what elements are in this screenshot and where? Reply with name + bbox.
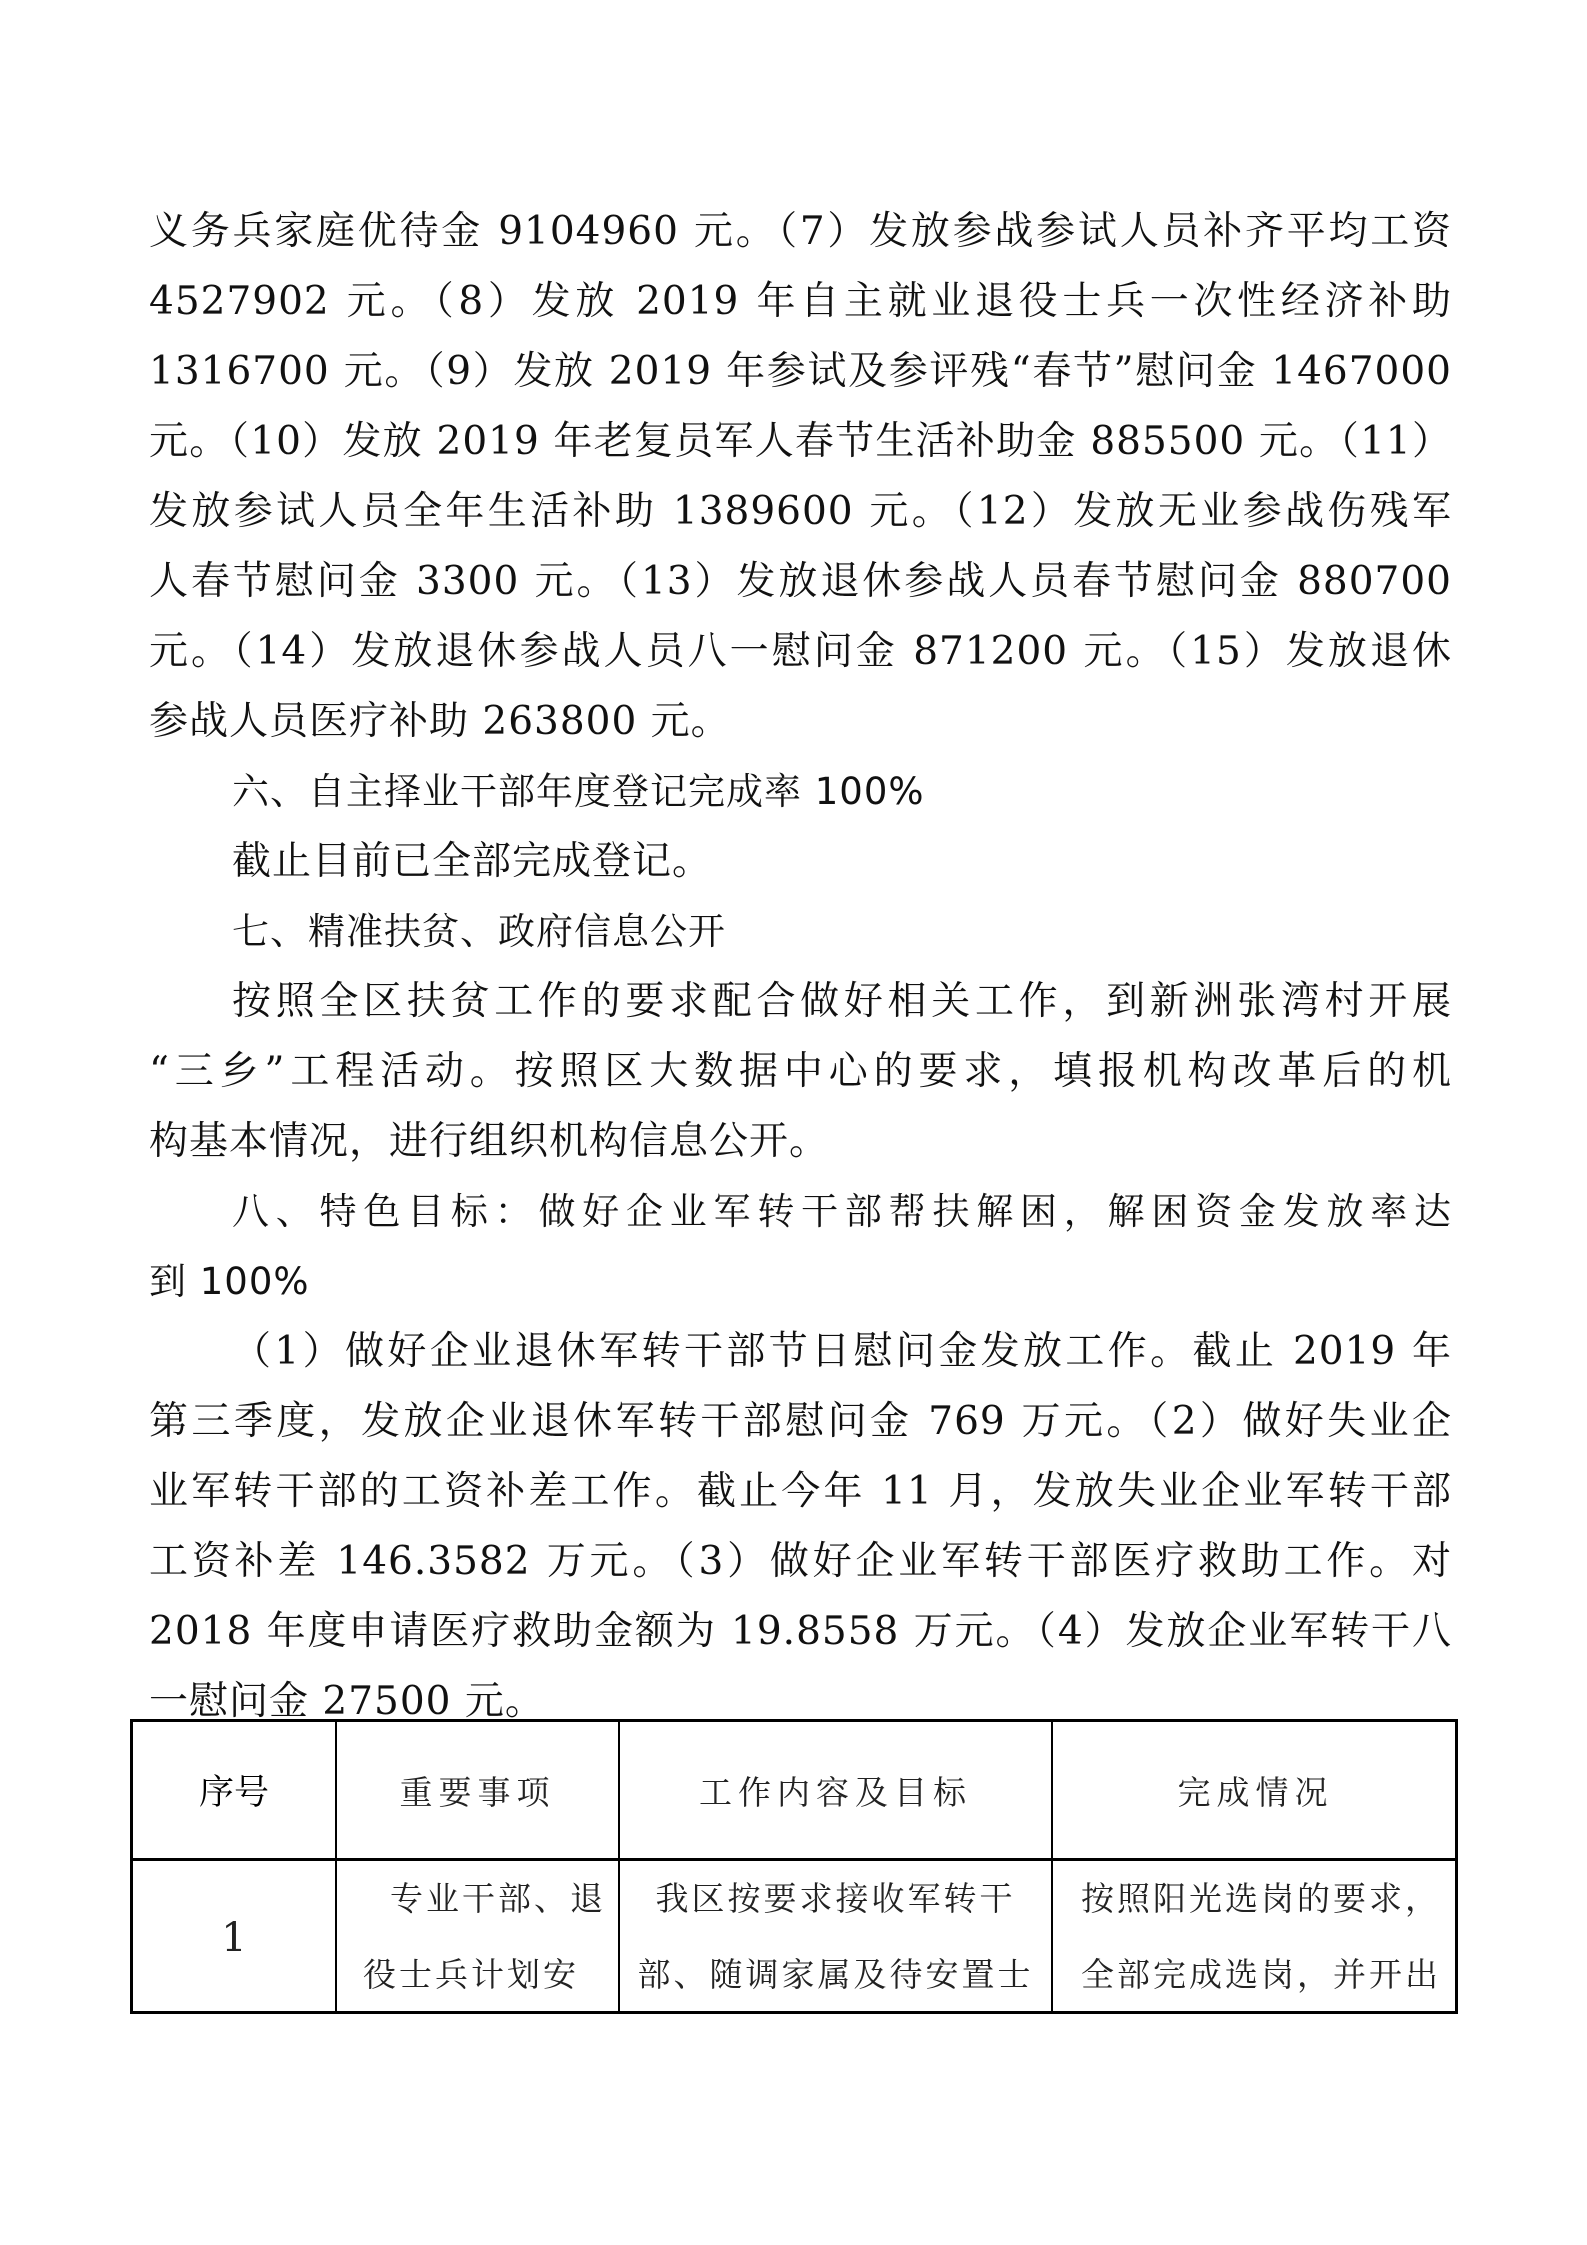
- paragraph-line: 按照全区扶贫工作的要求配合做好相关工作，到新洲张湾村开展: [232, 967, 1452, 1037]
- row-content-line: 我区按要求接收军转干: [620, 1879, 1051, 1955]
- paragraph-line: 发放参试人员全年生活补助 1389600 元。（12）发放无业参战伤残军: [149, 477, 1452, 547]
- document-page: 义务兵家庭优待金 9104960 元。（7）发放参战参试人员补齐平均工资 452…: [0, 0, 1587, 2245]
- header-status: 完成情况: [1053, 1722, 1458, 1858]
- paragraph-line: 2018 年度申请医疗救助金额为 19.8558 万元。（4）发放企业军转干八: [149, 1597, 1452, 1667]
- section-heading-6: 六、自主择业干部年度登记完成率 100%: [232, 757, 1452, 827]
- section-heading-7: 七、精准扶贫、政府信息公开: [232, 897, 1452, 967]
- row-item-line: 役士兵计划安: [337, 1955, 618, 2031]
- paragraph-line: 4527902 元。（8）发放 2019 年自主就业退役士兵一次性经济补助: [149, 267, 1452, 337]
- paragraph-line: （1）做好企业退休军转干部节日慰问金发放工作。截止 2019 年: [232, 1317, 1452, 1387]
- paragraph-line: 人春节慰问金 3300 元。（13）发放退休参战人员春节慰问金 880700: [149, 547, 1452, 617]
- paragraph-line: 参战人员医疗补助 263800 元。: [149, 687, 1452, 757]
- header-item: 重要事项: [337, 1722, 620, 1858]
- paragraph-line: 业军转干部的工资补差工作。截止今年 11 月，发放失业企业军转干部: [149, 1457, 1452, 1527]
- row-status: 按照阳光选岗的要求， 全部完成选岗，并开出: [1053, 1861, 1458, 2014]
- paragraph-line: “三乡”工程活动。按照区大数据中心的要求，填报机构改革后的机: [149, 1037, 1452, 1107]
- header-index: 序号: [133, 1722, 337, 1858]
- paragraph-line: 义务兵家庭优待金 9104960 元。（7）发放参战参试人员补齐平均工资: [149, 197, 1452, 267]
- row-status-line: 按照阳光选岗的要求，: [1053, 1879, 1458, 1955]
- paragraph-line: 工资补差 146.3582 万元。（3）做好企业军转干部医疗救助工作。对: [149, 1527, 1452, 1597]
- paragraph-line: 第三季度，发放企业退休军转干部慰问金 769 万元。（2）做好失业企: [149, 1387, 1452, 1457]
- row-content-line: 部、随调家属及待安置士: [620, 1955, 1051, 2031]
- paragraph-line: 元。（14）发放退休参战人员八一慰问金 871200 元。（15）发放退休: [149, 617, 1452, 687]
- row-status-line: 全部完成选岗，并开出: [1053, 1955, 1458, 2031]
- paragraph-line: 1316700 元。（9）发放 2019 年参试及参评残“春节”慰问金 1467…: [149, 337, 1452, 407]
- table-header-row: 序号 重要事项 工作内容及目标 完成情况: [133, 1722, 1455, 1861]
- row-index: 1: [133, 1861, 337, 2014]
- paragraph-line: 构基本情况，进行组织机构信息公开。: [149, 1107, 1452, 1177]
- section-heading-8: 八、特色目标：做好企业军转干部帮扶解困，解困资金发放率达: [232, 1177, 1452, 1247]
- paragraph-line: 截止目前已全部完成登记。: [232, 827, 1452, 897]
- paragraph-line: 元。（10）发放 2019 年老复员军人春节生活补助金 885500 元。（11…: [149, 407, 1452, 477]
- section-heading-8-cont: 到 100%: [149, 1247, 1452, 1317]
- header-content: 工作内容及目标: [620, 1722, 1053, 1858]
- row-item-line: 专业干部、退: [337, 1879, 618, 1955]
- table-row: 1 专业干部、退 役士兵计划安 我区按要求接收军转干 部、随调家属及待安置士 按…: [133, 1861, 1455, 2014]
- tasks-table: 序号 重要事项 工作内容及目标 完成情况 1 专业干部、退 役士兵计划安 我区按…: [130, 1719, 1458, 2014]
- row-item: 专业干部、退 役士兵计划安: [337, 1861, 620, 2014]
- row-content: 我区按要求接收军转干 部、随调家属及待安置士: [620, 1861, 1053, 2014]
